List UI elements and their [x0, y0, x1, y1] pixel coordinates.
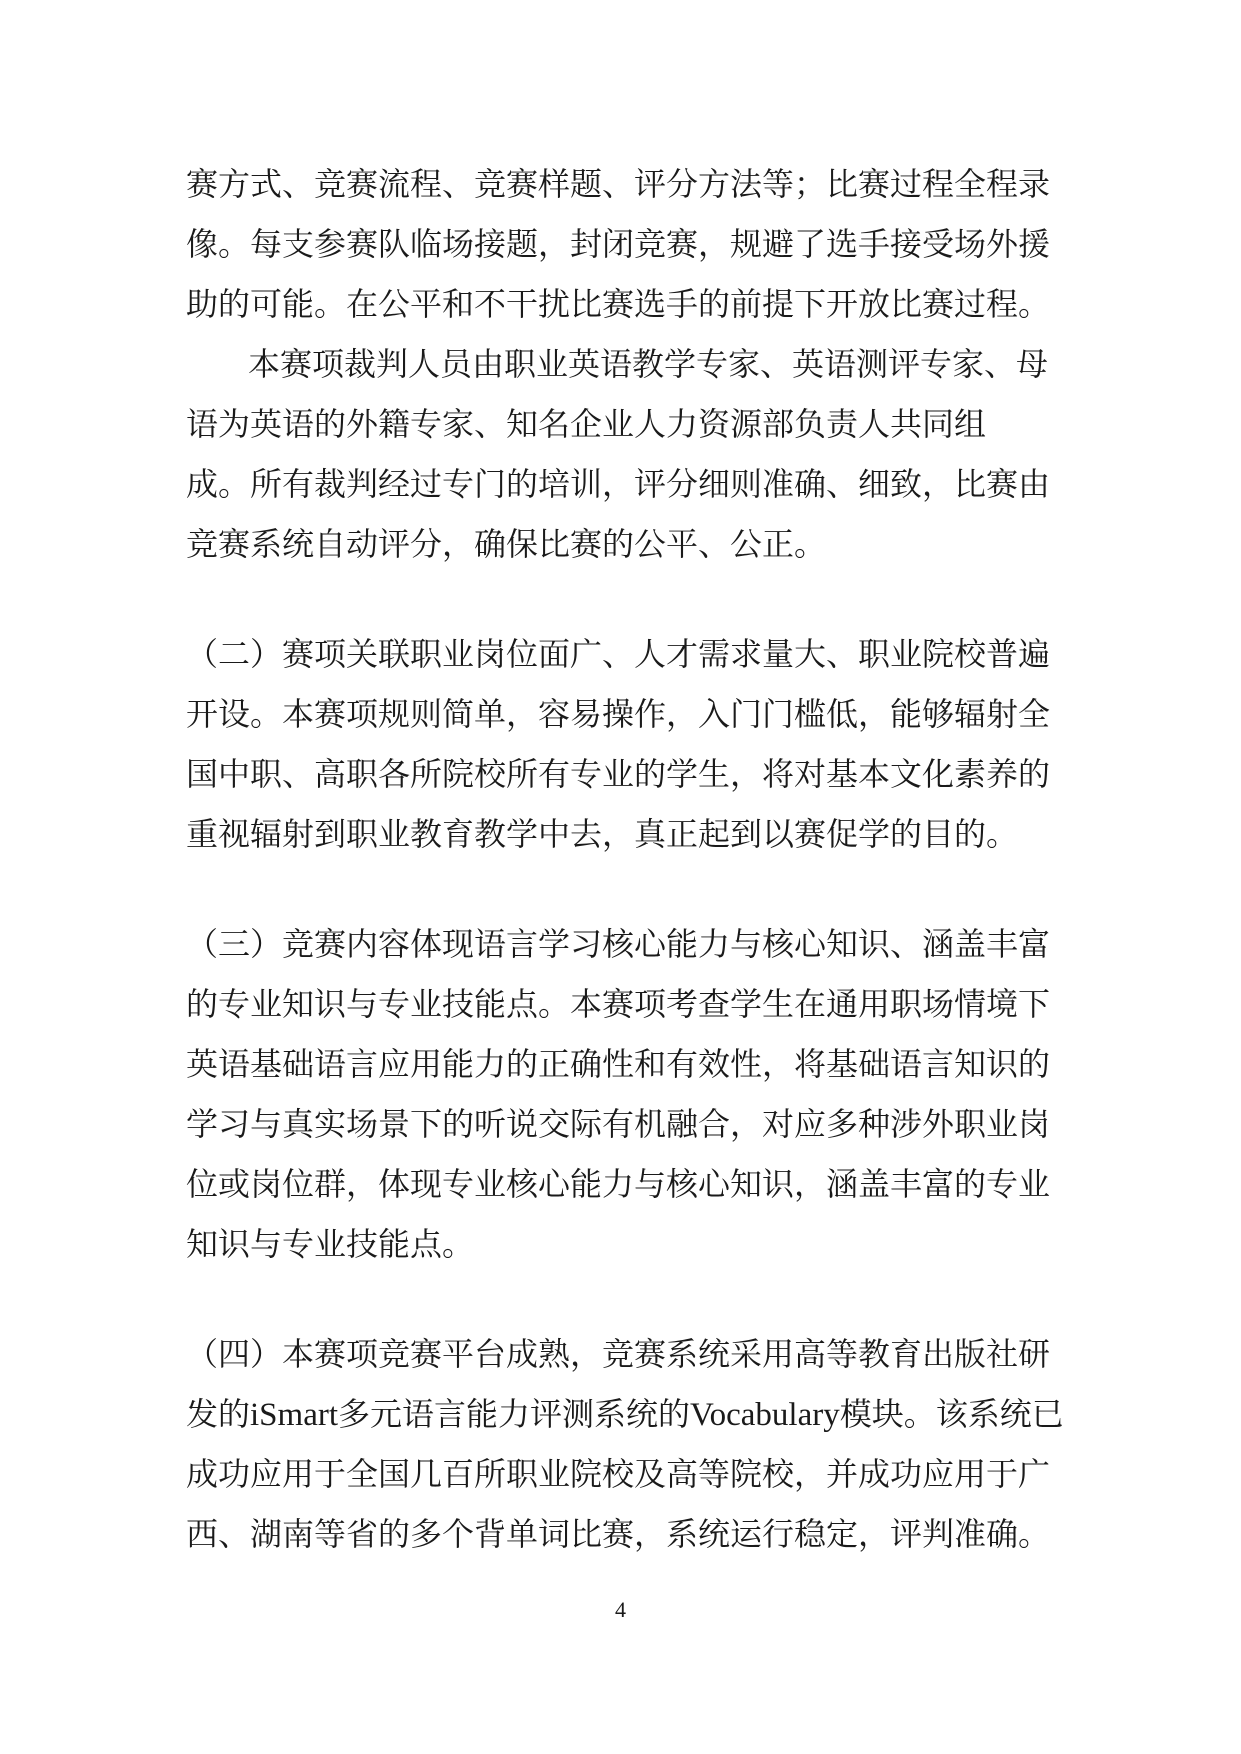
- document-body: 赛方式、竞赛流程、竞赛样题、评分方法等；比赛过程全程录像。每支参赛队临场接题，封…: [186, 154, 1076, 1564]
- text-line: 发的iSmart多元语言能力评测系统的Vocabulary模块。该系统已: [186, 1384, 1076, 1444]
- para-judges: 本赛项裁判人员由职业英语教学专家、英语测评专家、母语为英语的外籍专家、知名企业人…: [186, 334, 1076, 574]
- text-line: （三）竞赛内容体现语言学习核心能力与核心知识、涵盖丰富: [186, 914, 1076, 974]
- text-line: 助的可能。在公平和不干扰比赛选手的前提下开放比赛过程。: [186, 274, 1076, 334]
- text-line: 成功应用于全国几百所职业院校及高等院校，并成功应用于广: [186, 1444, 1076, 1504]
- document-page: 赛方式、竞赛流程、竞赛样题、评分方法等；比赛过程全程录像。每支参赛队临场接题，封…: [0, 0, 1241, 1754]
- page-number: 4: [615, 1597, 626, 1622]
- text-line: 成。所有裁判经过专门的培训，评分细则准确、细致，比赛由: [186, 454, 1076, 514]
- text-line: 竞赛系统自动评分，确保比赛的公平、公正。: [186, 514, 1076, 574]
- para-section-four: （四）本赛项竞赛平台成熟，竞赛系统采用高等教育出版社研发的iSmart多元语言能…: [186, 1324, 1076, 1564]
- text-line: 赛方式、竞赛流程、竞赛样题、评分方法等；比赛过程全程录: [186, 154, 1076, 214]
- text-line: 国中职、高职各所院校所有专业的学生，将对基本文化素养的: [186, 744, 1076, 804]
- text-line: 英语基础语言应用能力的正确性和有效性，将基础语言知识的: [186, 1034, 1076, 1094]
- para-section-two: （二）赛项关联职业岗位面广、人才需求量大、职业院校普遍开设。本赛项规则简单，容易…: [186, 624, 1076, 864]
- text-line: 西、湖南等省的多个背单词比赛，系统运行稳定，评判准确。: [186, 1504, 1076, 1564]
- page-footer: 4: [0, 1594, 1241, 1626]
- latin-text: Vocabulary: [690, 1397, 840, 1433]
- para-section-three: （三）竞赛内容体现语言学习核心能力与核心知识、涵盖丰富的专业知识与专业技能点。本…: [186, 914, 1076, 1274]
- text-line: 知识与专业技能点。: [186, 1214, 1076, 1274]
- text-line: 语为英语的外籍专家、知名企业人力资源部负责人共同组: [186, 394, 1076, 454]
- text-line: 的专业知识与专业技能点。本赛项考查学生在通用职场情境下: [186, 974, 1076, 1034]
- text-line: 开设。本赛项规则简单，容易操作，入门门槛低，能够辐射全: [186, 684, 1076, 744]
- text-line: 像。每支参赛队临场接题，封闭竞赛，规避了选手接受场外援: [186, 214, 1076, 274]
- latin-text: iSmart: [250, 1397, 338, 1433]
- text-line: 重视辐射到职业教育教学中去，真正起到以赛促学的目的。: [186, 804, 1076, 864]
- text-line: 位或岗位群，体现专业核心能力与核心知识，涵盖丰富的专业: [186, 1154, 1076, 1214]
- text-line: 本赛项裁判人员由职业英语教学专家、英语测评专家、母: [186, 334, 1076, 394]
- text-line: 学习与真实场景下的听说交际有机融合，对应多种涉外职业岗: [186, 1094, 1076, 1154]
- text-line: （二）赛项关联职业岗位面广、人才需求量大、职业院校普遍: [186, 624, 1076, 684]
- text-line: （四）本赛项竞赛平台成熟，竞赛系统采用高等教育出版社研: [186, 1324, 1076, 1384]
- para-competition-process: 赛方式、竞赛流程、竞赛样题、评分方法等；比赛过程全程录像。每支参赛队临场接题，封…: [186, 154, 1076, 334]
